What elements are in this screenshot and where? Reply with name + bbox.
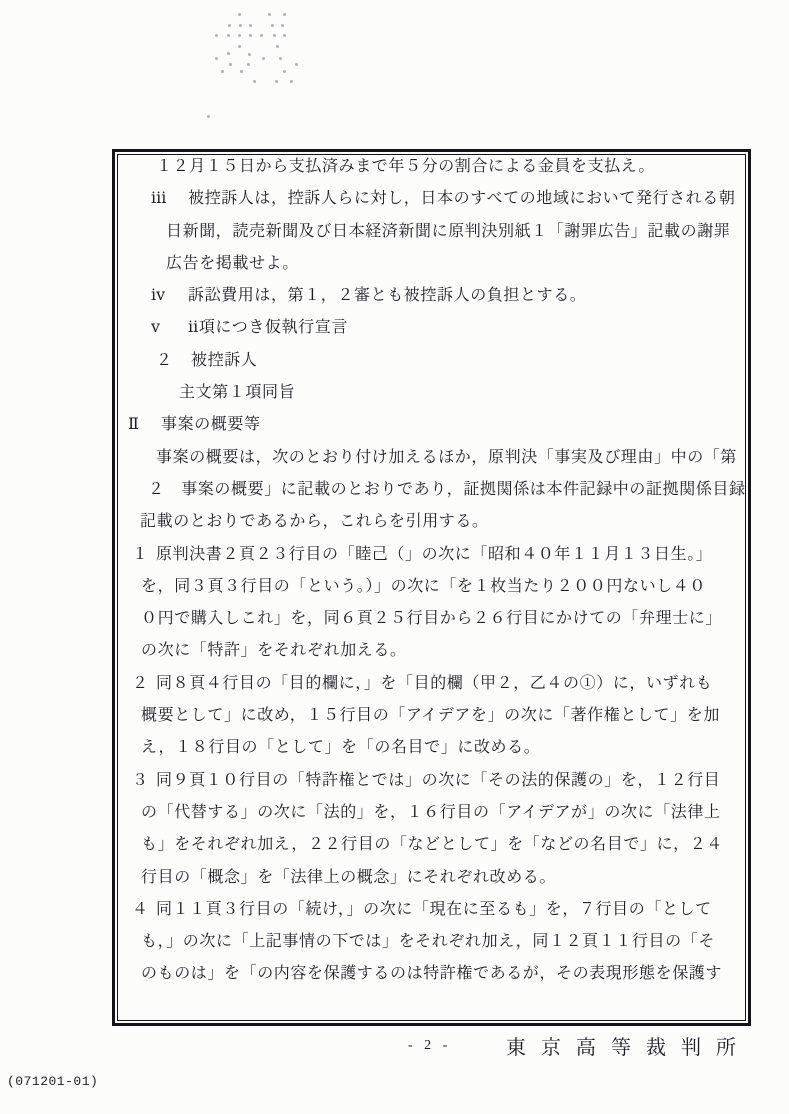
stamp-dot <box>295 63 298 66</box>
document-line: ⅳ訴訟費用は，第１，２審とも被控訴人の負担とする。 <box>122 280 746 312</box>
stamp-dot <box>279 57 282 60</box>
document-line: 記載のとおりであるから，これらを引用する。 <box>122 506 746 538</box>
line-text: ２ 事案の概要」に記載のとおりであり，証拠関係は本件記録中の証拠関係目録 <box>148 481 746 498</box>
line-text: も」をそれぞれ加え，２２行目の「などとして」を「などの名目で」に，２４ <box>141 836 723 853</box>
page-number: - 2 - <box>408 1038 451 1054</box>
seal-stamp-dots <box>0 0 789 140</box>
document-line: 概要として」に改め，１５行目の「アイデアを」の次に「著作権として」を加 <box>122 700 746 732</box>
line-marker: １ <box>132 539 156 571</box>
stamp-dot <box>262 57 265 60</box>
line-marker: ２ <box>132 668 156 700</box>
stamp-dot <box>227 52 230 55</box>
stamp-dot <box>238 45 241 48</box>
stamp-dot <box>290 80 293 83</box>
stamp-dot <box>273 34 276 37</box>
stamp-dot <box>221 70 224 73</box>
line-marker: ２ <box>156 345 191 377</box>
stamp-dot <box>260 34 263 37</box>
document-line: を，同３頁３行目の「という。）」の次に「を１枚当たり２００円ないし４０ <box>122 571 746 603</box>
document-code: (071201-01) <box>7 1074 98 1089</box>
line-marker: ⅳ <box>151 280 188 312</box>
stamp-dot <box>227 34 230 37</box>
document-line: の「代替する」の次に「法的」を，１６行目の「アイデアが」の次に「法律上 <box>122 797 746 829</box>
document-line: ２ 事案の概要」に記載のとおりであり，証拠関係は本件記録中の証拠関係目録 <box>122 474 746 506</box>
stamp-dot <box>240 70 243 73</box>
document-line: ⅴⅱ項につき仮執行宣言 <box>122 312 746 344</box>
document-line: １原判決書２頁２３行目の「睦己（」の次に「昭和４０年１１月１３日生。」 <box>122 539 746 571</box>
line-text: ⅱ項につき仮執行宣言 <box>188 319 348 336</box>
line-marker: ４ <box>132 894 156 926</box>
line-text: 被控訴人は，控訴人らに対し，日本のすべての地域において発行される朝 <box>188 190 735 207</box>
line-text: 原判決書２頁２３行目の「睦己（」の次に「昭和４０年１１月１３日生。」 <box>156 546 712 563</box>
line-text: 日新聞，読売新聞及び日本経済新聞に原判決別紙１「謝罪広告」記載の謝罪 <box>166 223 730 240</box>
document-line: のものは」を「の内容を保護するのは特許権であるが，その表現形態を保護す <box>122 958 746 990</box>
line-text: １２月１５日から支払済みまで年５分の割合による金員を支払え。 <box>156 158 655 175</box>
document-line: 行目の「概念」を「法律上の概念」にそれぞれ改める。 <box>122 862 746 894</box>
document-lines: １２月１５日から支払済みまで年５分の割合による金員を支払え。ⅲ被控訴人は，控訴人… <box>122 151 746 991</box>
document-line: の次に「特許」をそれぞれ加える。 <box>122 635 746 667</box>
line-text: ０円で購入しこれ」を，同６頁２５行目から２６行目にかけての「弁理士に」 <box>141 610 722 627</box>
line-text: 事案の概要等 <box>161 416 261 433</box>
line-text: 広告を掲載せよ。 <box>166 255 299 272</box>
court-name: 東京高等裁判所 <box>506 1031 751 1060</box>
line-text: 被控訴人 <box>191 352 257 369</box>
stamp-dot <box>238 34 241 37</box>
line-text: の「代替する」の次に「法的」を，１６行目の「アイデアが」の次に「法律上 <box>141 804 721 821</box>
stamp-dot <box>268 13 271 16</box>
document-line: ２被控訴人 <box>122 345 746 377</box>
line-text: を，同３頁３行目の「という。）」の次に「を１枚当たり２００円ないし４０ <box>141 578 706 595</box>
document-line: ３同９頁１０行目の「特許権とでは」の次に「その法的保護の」を，１２行目 <box>122 765 746 797</box>
line-marker: Ⅱ <box>128 409 161 441</box>
line-text: のものは」を「の内容を保護するのは特許権であるが，その表現形態を保護す <box>141 965 722 982</box>
document-line: も，」の次に「上記事情の下では」をそれぞれ加え，同１２頁１１行目の「そ <box>122 926 746 958</box>
line-text: も，」の次に「上記事情の下では」をそれぞれ加え，同１２頁１１行目の「そ <box>141 933 715 950</box>
line-marker: ３ <box>132 765 156 797</box>
line-marker: ⅴ <box>151 312 188 344</box>
stamp-dot <box>283 34 286 37</box>
document-line: ０円で購入しこれ」を，同６頁２５行目から２６行目にかけての「弁理士に」 <box>122 603 746 635</box>
document-line: ４同１１頁３行目の「続け，」の次に「現在に至るも」を，７行目の「として <box>122 894 746 926</box>
stamp-dot <box>271 24 274 27</box>
stamp-dot <box>253 80 256 83</box>
line-text: 訴訟費用は，第１，２審とも被控訴人の負担とする。 <box>188 287 586 304</box>
document-line: 主文第１項同旨 <box>122 377 746 409</box>
stamp-dot <box>283 13 286 16</box>
line-marker: ⅲ <box>151 183 188 215</box>
stamp-dot <box>283 70 286 73</box>
document-line: ２同８頁４行目の「目的欄に，」を「目的欄（甲２，乙４の①）に，いずれも <box>122 668 746 700</box>
line-text: 同８頁４行目の「目的欄に，」を「目的欄（甲２，乙４の①）に，いずれも <box>156 675 712 692</box>
stamp-dot <box>276 45 279 48</box>
line-text: 概要として」に改め，１５行目の「アイデアを」の次に「著作権として」を加 <box>141 707 720 724</box>
stamp-dot <box>228 24 231 27</box>
stamp-dot <box>275 80 278 83</box>
stamp-dot <box>215 34 218 37</box>
stamp-dot <box>247 63 250 66</box>
document-line: 日新聞，読売新聞及び日本経済新聞に原判決別紙１「謝罪広告」記載の謝罪 <box>122 216 746 248</box>
stamp-dot <box>207 115 210 118</box>
line-text: の次に「特許」をそれぞれ加える。 <box>141 642 407 659</box>
document-line: １２月１５日から支払済みまで年５分の割合による金員を支払え。 <box>122 151 746 183</box>
stamp-dot <box>238 13 241 16</box>
line-text: 主文第１項同旨 <box>179 384 295 401</box>
document-line: ⅲ被控訴人は，控訴人らに対し，日本のすべての地域において発行される朝 <box>122 183 746 215</box>
stamp-dot <box>281 24 284 27</box>
line-text: 同１１頁３行目の「続け，」の次に「現在に至るも」を，７行目の「として <box>156 901 712 918</box>
stamp-dot <box>249 34 252 37</box>
line-text: 行目の「概念」を「法律上の概念」にそれぞれ改める。 <box>141 869 556 886</box>
stamp-dot <box>249 24 252 27</box>
stamp-dot <box>229 63 232 66</box>
stamp-dot <box>248 53 251 56</box>
document-line: も」をそれぞれ加え，２２行目の「などとして」を「などの名目で」に，２４ <box>122 829 746 861</box>
document-line: 広告を掲載せよ。 <box>122 248 746 280</box>
document-line: 事案の概要は，次のとおり付け加えるほか，原判決「事実及び理由」中の「第 <box>122 442 746 474</box>
line-text: 事案の概要は，次のとおり付け加えるほか，原判決「事実及び理由」中の「第 <box>156 449 737 466</box>
document-line: え，１８行目の「として」を「の名目で」に改める。 <box>122 732 746 764</box>
stamp-dot <box>215 57 218 60</box>
document-line: Ⅱ事案の概要等 <box>122 409 746 441</box>
line-text: え，１８行目の「として」を「の名目で」に改める。 <box>141 739 540 756</box>
line-text: 記載のとおりであるから，これらを引用する。 <box>140 513 489 530</box>
line-text: 同９頁１０行目の「特許権とでは」の次に「その法的保護の」を，１２行目 <box>156 772 720 789</box>
stamp-dot <box>239 24 242 27</box>
